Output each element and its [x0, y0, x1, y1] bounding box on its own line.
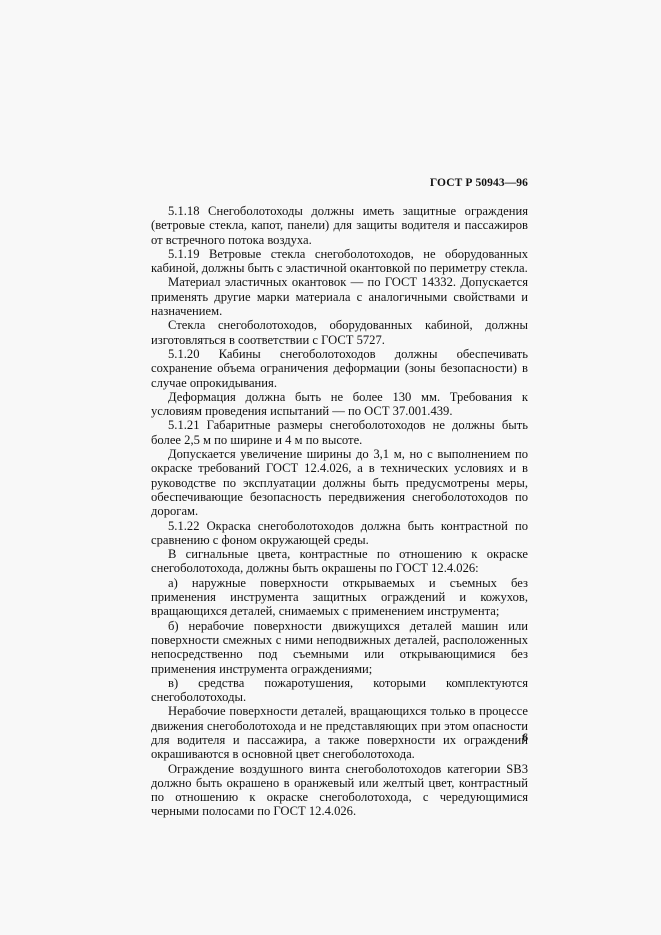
paragraph: Материал эластичных окантовок — по ГОСТ … [151, 275, 528, 318]
paragraph: Деформация должна быть не более 130 мм. … [151, 390, 528, 419]
paragraph-5-1-22: 5.1.22 Окраска снегоболотоходов должна б… [151, 519, 528, 548]
document-code-header: ГОСТ Р 50943—96 [0, 177, 528, 189]
document-body: 5.1.18 Снегоболотоходы должны иметь защи… [151, 204, 528, 819]
paragraph: Допускается увеличение ширины до 3,1 м, … [151, 447, 528, 518]
paragraph: В сигнальные цвета, контрастные по отнош… [151, 547, 528, 576]
list-item-v: в) средства пожаротушения, которыми комп… [151, 676, 528, 705]
paragraph: Стекла снегоболотоходов, оборудованных к… [151, 318, 528, 347]
paragraph-5-1-18: 5.1.18 Снегоболотоходы должны иметь защи… [151, 204, 528, 247]
paragraph: Ограждение воздушного винта снегоболотох… [151, 762, 528, 819]
list-item-a: а) наружные поверхности открываемых и съ… [151, 576, 528, 619]
paragraph-5-1-21: 5.1.21 Габаритные размеры снегоболотоход… [151, 418, 528, 447]
page-number: 6 [0, 732, 528, 744]
paragraph-5-1-19: 5.1.19 Ветровые стекла снегоболотоходов,… [151, 247, 528, 276]
list-item-b: б) нерабочие поверхности движущихся дета… [151, 619, 528, 676]
paragraph-5-1-20: 5.1.20 Кабины снегоболотоходов должны об… [151, 347, 528, 390]
